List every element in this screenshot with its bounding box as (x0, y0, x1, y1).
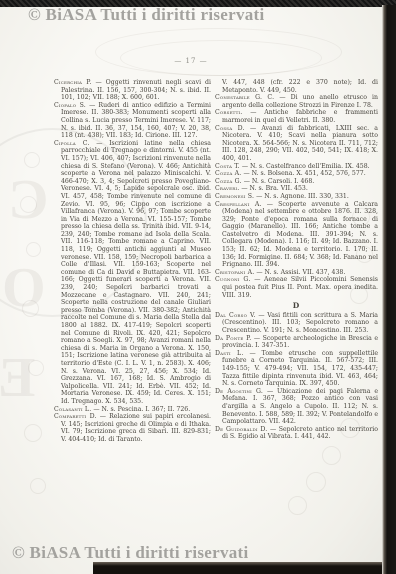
entry-author: Colasanti L. (54, 406, 91, 413)
entry-text: — N. s. Carsoli. I. 468. (244, 178, 315, 185)
page-number: — 17 — (0, 57, 382, 65)
entry-text: — Antiche fabbriche e frammenti marmorei… (222, 109, 378, 124)
index-entry: Conestabile G. C. — Di uno anello etrusc… (215, 94, 378, 109)
index-entry: Crespellani A. — Scoperte avvenute a Cal… (215, 201, 378, 269)
index-column-right: V. 447, 448 (cfr. 222 e 370 note); Id. d… (215, 79, 378, 441)
ornament-circle (322, 446, 341, 465)
index-entry: De Agostini G. — Ubicazione dei pagi Fal… (215, 388, 378, 426)
entry-text: — Iscrizioni latine nella chiesa parrocc… (61, 140, 211, 405)
entry-author: Dasti L. (215, 350, 244, 357)
entry-author: Cossa D. (215, 125, 245, 132)
ornament-circle (28, 360, 44, 376)
entry-author: Corsetti. (215, 109, 242, 116)
index-entry: Cremonesi S. — N. s. Agnone. III. 330, 3… (215, 193, 378, 201)
entry-author: Comparetti D. (54, 413, 97, 420)
index-entry: Cristofani A. — N. s. Assisi. VII. 437, … (215, 269, 378, 277)
index-entry: Dasti L. — Tombe etrusche con suppellett… (215, 350, 378, 388)
entry-author: Da Ponte P. (215, 335, 251, 342)
entry-author: Cristofani A. (215, 269, 254, 276)
index-entry: Comparetti D. — Relazione sui papiri erc… (54, 413, 211, 443)
index-column-left: Cicerchia P. — Oggetti rinvenuti negli s… (54, 79, 211, 444)
index-entry: Cipolla C. — Iscrizioni latine nella chi… (54, 140, 211, 406)
entry-text: — N. s. Pescina. I. 367; II. 726. (93, 406, 190, 413)
entry-author: Cipolla C. (54, 140, 90, 147)
ornament-circle (26, 242, 41, 257)
entry-author: Cugnoni G. (215, 276, 251, 283)
entry-text: — Scoperte avvenute a Calcara (Modena) n… (222, 201, 378, 269)
section-heading-d: D (215, 302, 378, 310)
ghost-arc (95, 28, 342, 76)
entry-text: — N. s. Bra. VII. 453. (241, 185, 307, 192)
ghost-letter: E (0, 346, 35, 410)
entry-text: — N. s. Agnone. III. 330, 331. (256, 193, 349, 200)
entry-author: Cremonesi S. (215, 193, 254, 200)
entry-author: Craveri. (215, 185, 239, 192)
entry-text: — Avanzi di fabbricati, LXIII sec. a Nic… (222, 125, 378, 162)
index-entry: Cugnoni G. — Aeneae Silvii Piccolomini S… (215, 276, 378, 299)
entry-author: Cozza G. (215, 178, 242, 185)
index-entry: De Guidobaldi D. — Sepolcreto antico nel… (215, 426, 378, 441)
ornament-circle (306, 472, 326, 492)
index-entry: Cicerchia P. — Oggetti rinvenuti negli s… (54, 79, 211, 102)
entry-text: — N. s. Assisi. VII. 437, 438. (256, 269, 345, 276)
ornament-circle (24, 424, 42, 442)
index-entry: Cozza A. — N. s. Bolsena. X. 451, 452, 5… (215, 170, 378, 178)
entry-continuation: V. 447, 448 (cfr. 222 e 370 note); Id. d… (215, 79, 378, 94)
entry-author: Costa T. (215, 163, 240, 170)
index-entry: Costa T. — N. s. Castelfranco dell'Emili… (215, 163, 378, 171)
ornament-circle (24, 152, 40, 168)
index-entry: Cozza G. — N. s. Carsoli. I. 468. (215, 178, 378, 186)
scan-border-top (0, 0, 396, 7)
entry-author: Cicerchia P. (54, 79, 92, 86)
entry-text: — Tombe etrusche con suppellettile funeb… (222, 350, 378, 387)
index-entry: Cossa D. — Avanzi di fabbricati, LXIII s… (215, 125, 378, 163)
scan-border-bottom (93, 562, 396, 574)
entry-author: Conestabile G. C. (215, 94, 274, 101)
entry-author: De Agostini G. (215, 388, 263, 395)
scanned-page: C O E © BiASA Tutti i diritti riservati … (0, 0, 396, 574)
ornament-circle (20, 196, 37, 213)
scan-border-right (382, 5, 396, 574)
index-entry: Craveri. — N. s. Bra. VII. 453. (215, 185, 378, 193)
watermark-bottom: © BiASA Tutti i diritti riservati (12, 543, 249, 563)
ornament-circle (30, 478, 46, 494)
ghost-letter: O (2, 256, 46, 320)
index-entry: Corsetti. — Antiche fabbriche e framment… (215, 109, 378, 124)
entry-text: — N. s. Castelfranco dell'Emilia. IX. 45… (242, 163, 370, 170)
index-entry: Da Ponte P. — Scoperte archeologiche in … (215, 335, 378, 350)
ghost-letter: C (8, 168, 48, 232)
entry-author: Cozza A. (215, 170, 241, 177)
ornament-circle (22, 300, 39, 317)
entry-author: Crespellani A. (215, 201, 262, 208)
index-entry: Dal Corso V. — Vasi fittili con scrittur… (215, 312, 378, 335)
entry-author: Ciofalo S. (54, 102, 86, 109)
entry-author: De Guidobaldi D. (215, 426, 267, 433)
entry-author: Dal Corso V. (215, 312, 256, 319)
index-entry: Ciofalo S. — Ruderi di antico edifizio a… (54, 102, 211, 140)
ornament-circle (288, 496, 307, 515)
entry-text: — N. s. Bolsena. X. 451, 452, 576, 577. (243, 170, 365, 177)
watermark-top: © BiASA Tutti i diritti riservati (28, 5, 265, 25)
index-entry: Colasanti L. — N. s. Pescina. I. 367; II… (54, 406, 211, 414)
